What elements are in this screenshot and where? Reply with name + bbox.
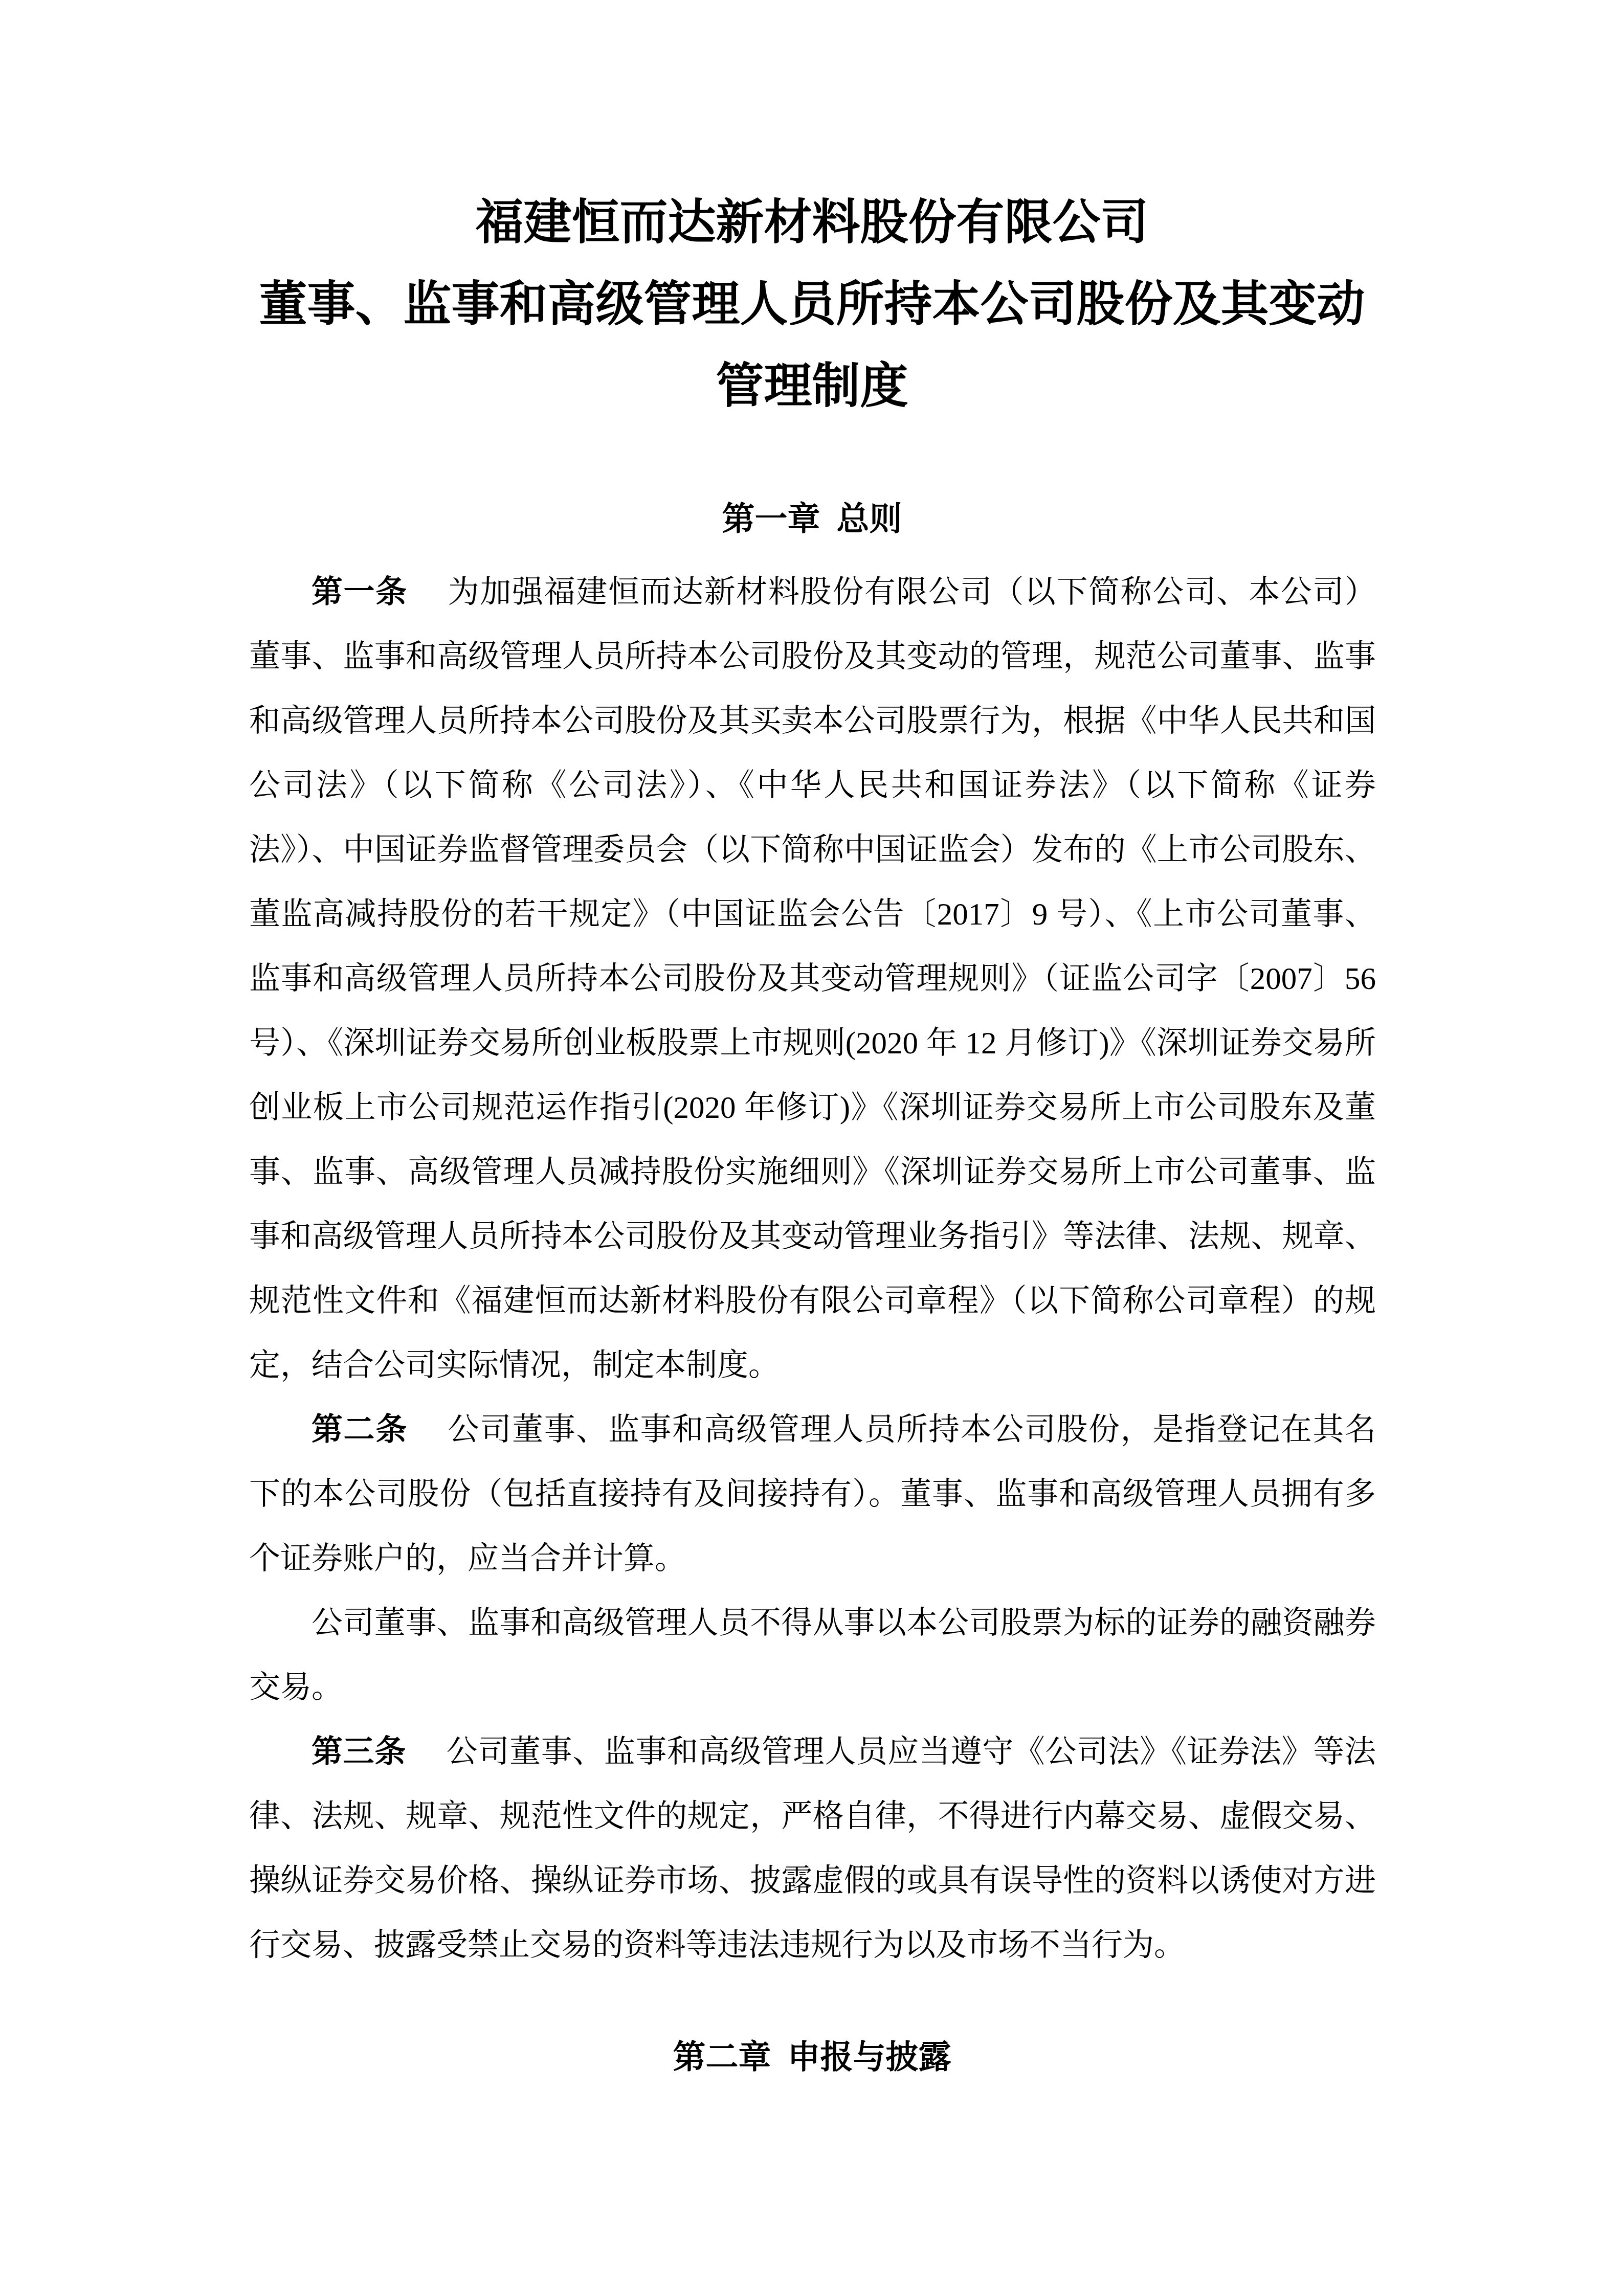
article-2-text: 公司董事、监事和高级管理人员所持本公司股份，是指登记在其名下的本公司股份（包括直… [249,1413,1376,1576]
article-3-paragraph: 第三条公司董事、监事和高级管理人员应当遵守《公司法》《证券法》等法律、法规、规章… [249,1720,1376,1978]
article-2-continuation-paragraph: 公司董事、监事和高级管理人员不得从事以本公司股票为标的证券的融资融券交易。 [249,1591,1376,1720]
article-2-paragraph: 第二条公司董事、监事和高级管理人员所持本公司股份，是指登记在其名下的本公司股份（… [249,1398,1376,1591]
title-line-system: 管理制度 [0,346,1624,427]
chapter-2-heading: 第二章 申报与披露 [0,2025,1624,2089]
article-2-number: 第二条 [312,1413,408,1447]
article-3-number: 第三条 [312,1735,406,1769]
article-2-continuation-text: 公司董事、监事和高级管理人员不得从事以本公司股票为标的证券的融资融券交易。 [249,1606,1376,1705]
article-1-text: 为加强福建恒而达新材料股份有限公司（以下简称公司、本公司）董事、监事和高级管理人… [249,575,1376,1383]
document-title: 福建恒而达新材料股份有限公司 董事、监事和高级管理人员所持本公司股份及其变动 管… [0,0,1624,427]
article-3-text: 公司董事、监事和高级管理人员应当遵守《公司法》《证券法》等法律、法规、规章、规范… [249,1735,1376,1963]
title-line-subject: 董事、监事和高级管理人员所持本公司股份及其变动 [0,264,1624,346]
document-page: 福建恒而达新材料股份有限公司 董事、监事和高级管理人员所持本公司股份及其变动 管… [0,0,1624,2296]
article-1-paragraph: 第一条为加强福建恒而达新材料股份有限公司（以下简称公司、本公司）董事、监事和高级… [249,560,1376,1398]
chapter-1-heading: 第一章 总则 [0,487,1624,551]
article-1-number: 第一条 [312,575,408,610]
chapter-1-body: 第一条为加强福建恒而达新材料股份有限公司（以下简称公司、本公司）董事、监事和高级… [0,560,1624,1978]
title-line-company-name: 福建恒而达新材料股份有限公司 [0,182,1624,264]
